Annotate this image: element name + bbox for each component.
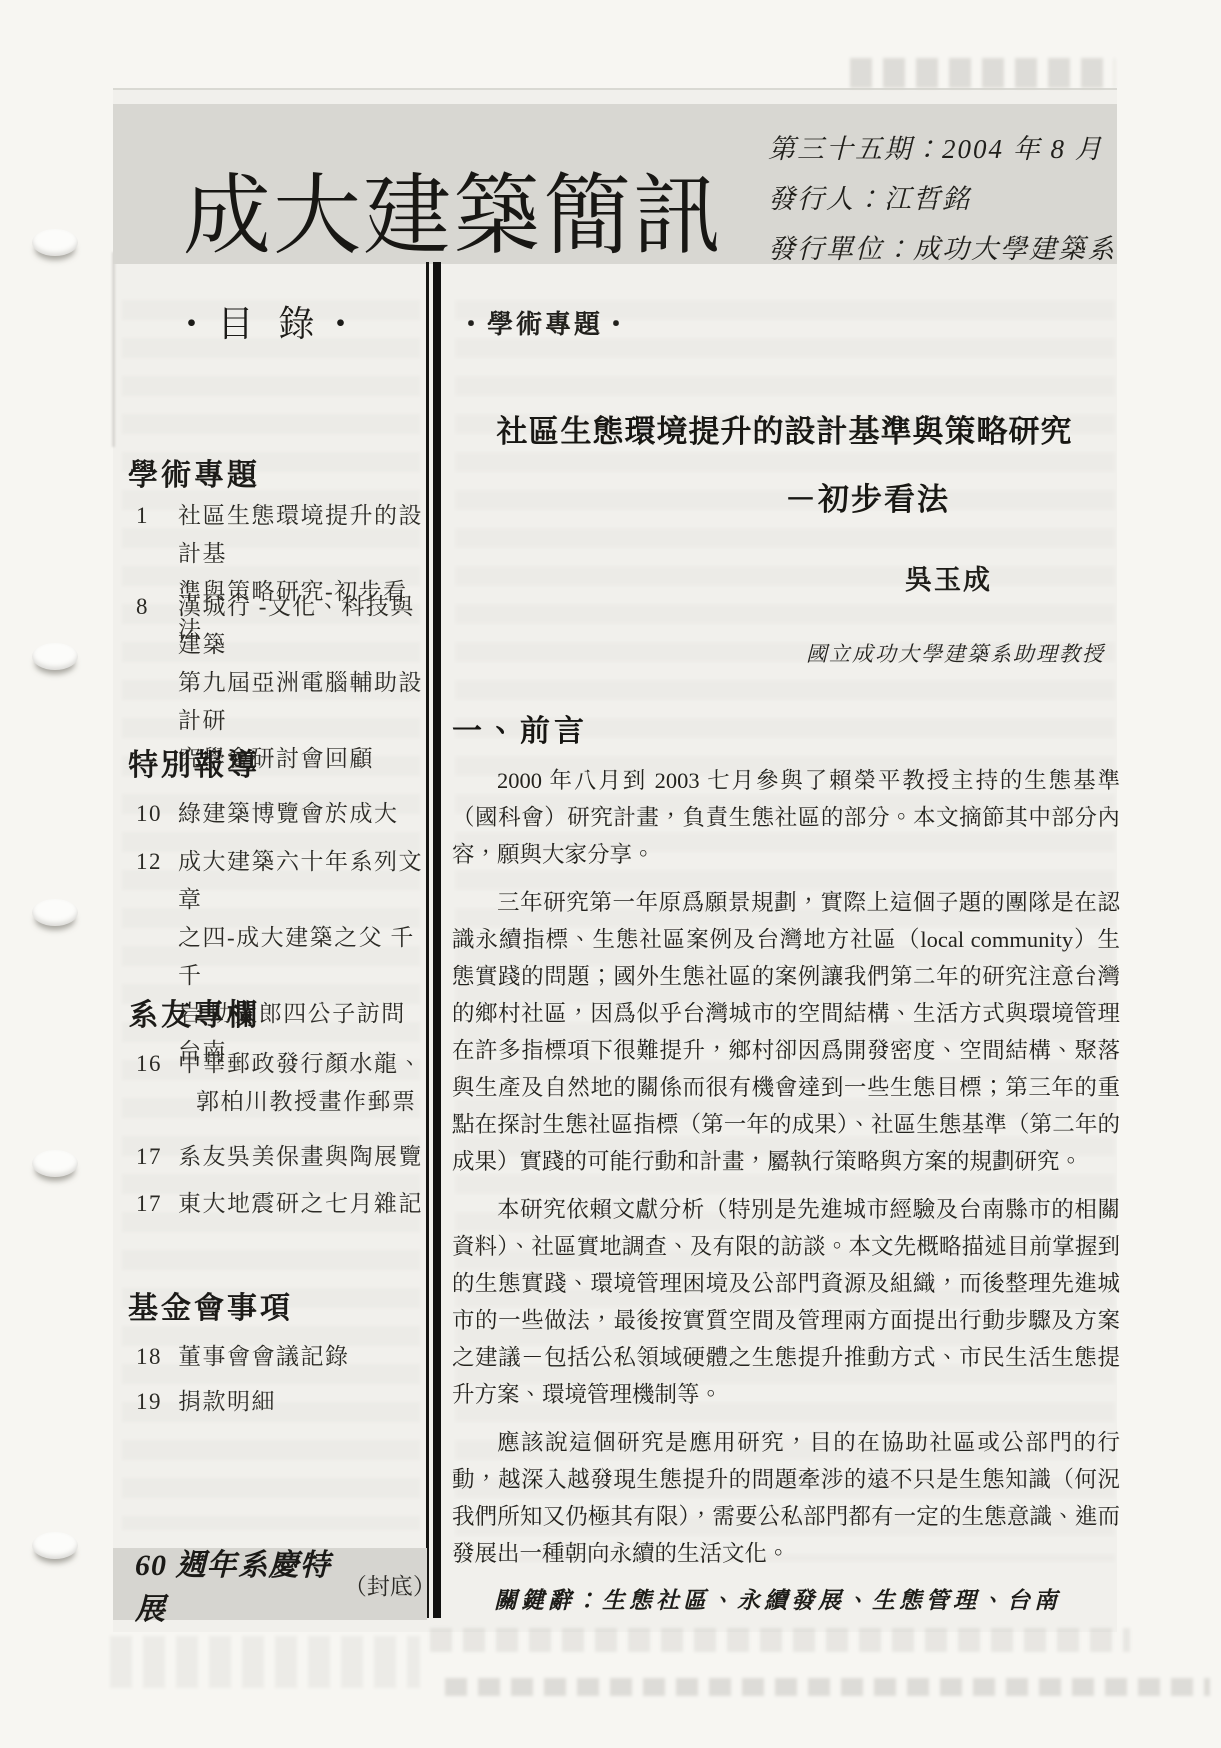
toc-item-text: 第九屆亞洲電腦輔助設計研 [178, 664, 424, 740]
article-title: 社區生態環境提升的設計基準與策略研究 [452, 406, 1117, 451]
newsletter-title: 成大建築簡訊 [183, 146, 723, 272]
toc-item-page-number: 10 [136, 795, 178, 833]
article-paragraph: 本研究依賴文獻分析（特別是先進城市經驗及台南縣市的相關資料）、社區實地調查、及有… [452, 1191, 1120, 1413]
article-keywords: 關鍵辭：生態社區、永續發展、生態管理、台南 [494, 1582, 1061, 1615]
toc-item-text: 系友吳美保畫與陶展覽 [178, 1138, 424, 1176]
toc-item-page-number: 12 [136, 843, 178, 1071]
publication-info: 第三十五期：2004 年 8 月 發行人：江哲銘 發行單位：成功大學建築系 [768, 124, 1116, 274]
toc-item-page-number: 17 [136, 1138, 178, 1176]
article-section-label: ・學術專題・ [458, 304, 632, 341]
binder-hole [32, 899, 78, 926]
article-paragraph: 三年研究第一年原爲願景規劃，實際上這個子題的團隊是在認識永續指標、生態社區案例及… [452, 884, 1120, 1180]
article-body: 2000 年八月到 2003 七月參與了賴榮平教授主持的生態基準（國科會）研究計… [452, 762, 1120, 1583]
article-intro-heading: 一、前言 [452, 706, 588, 750]
article-affiliation: 國立成功大學建築系助理教授 [806, 638, 1105, 668]
toc-section-title: 特別報導 [128, 740, 260, 784]
special-feature-location: （封底） [344, 1568, 427, 1601]
article-paragraph: 應該說這個研究是應用研究，目的在協助社區或公部門的行動，越深入越發現生態提升的問… [452, 1424, 1120, 1572]
toc-item: 17 系友吳美保畫與陶展覽 [136, 1138, 424, 1176]
newsletter-page: 成大建築簡訊 第三十五期：2004 年 8 月 發行人：江哲銘 發行單位：成功大… [0, 0, 1221, 1748]
toc-item: 17 東大地震研之七月雜記 [136, 1185, 424, 1223]
column-divider [426, 262, 429, 1618]
binder-hole [32, 1150, 78, 1177]
toc-section-title: 學術專題 [128, 450, 260, 494]
toc-section-title: 基金會事項 [128, 1283, 293, 1327]
toc-item-page-number: 19 [136, 1383, 178, 1421]
publisher: 發行人：江哲銘 [768, 174, 1116, 224]
binder-hole [32, 1532, 78, 1559]
article-author: 吳玉成 [905, 558, 992, 597]
toc-item-text: 綠建築博覽會於成大 [178, 795, 424, 833]
toc-item-text: 之四-成大建築之父 千千 [178, 919, 424, 995]
print-bleed-noise [430, 1628, 1130, 1652]
toc-item-text: 董事會會議記錄 [178, 1338, 424, 1376]
print-bleed-noise [850, 58, 1115, 88]
issue-number: 第三十五期：2004 年 8 月 [768, 124, 1116, 174]
toc-section-title: 系友專欄 [128, 990, 260, 1034]
article-paragraph: 2000 年八月到 2003 七月參與了賴榮平教授主持的生態基準（國科會）研究計… [452, 762, 1120, 873]
toc-item-text: 中華郵政發行顏水龍、 [178, 1045, 424, 1083]
toc-item-page-number: 18 [136, 1338, 178, 1376]
toc-item-text: 郭柏川教授畫作郵票 [178, 1083, 424, 1121]
toc-item: 10 綠建築博覽會於成大 [136, 795, 424, 833]
binder-hole [32, 229, 78, 256]
print-bleed-noise [445, 1678, 1210, 1696]
toc-item-page-number: 17 [136, 1185, 178, 1223]
toc-item-text: 成大建築六十年系列文章 [178, 843, 424, 919]
print-bleed-noise [110, 1636, 420, 1688]
toc-item-text: 捐款明細 [178, 1383, 424, 1421]
toc-item: 12 成大建築六十年系列文章 之四-成大建築之父 千千 岩 助太郎四公子訪問台南 [136, 843, 424, 1071]
toc-item-text: 社區生態環境提升的設計基 [178, 497, 424, 573]
toc-item-page-number: 16 [136, 1045, 178, 1121]
article-subtitle: －初步看法 [785, 474, 950, 519]
toc-item: 19 捐款明細 [136, 1383, 424, 1421]
special-feature-banner: 60 週年系慶特展 （封底） [113, 1548, 427, 1620]
toc-item: 16 中華郵政發行顏水龍、 郭柏川教授畫作郵票 [136, 1045, 424, 1121]
toc-item-text: 東大地震研之七月雜記 [178, 1185, 424, 1223]
page-crease [112, 252, 115, 447]
toc-item-text: 漢城行 -文化、科技與建築 [178, 588, 424, 664]
header-rule [113, 88, 1117, 90]
column-divider [433, 262, 441, 1618]
toc-heading: ・目 錄・ [113, 296, 427, 347]
publishing-unit: 發行單位：成功大學建築系 [768, 224, 1116, 274]
special-feature-title: 60 週年系慶特展 [135, 1540, 340, 1628]
toc-item: 18 董事會會議記錄 [136, 1338, 424, 1376]
binder-hole [32, 643, 78, 670]
